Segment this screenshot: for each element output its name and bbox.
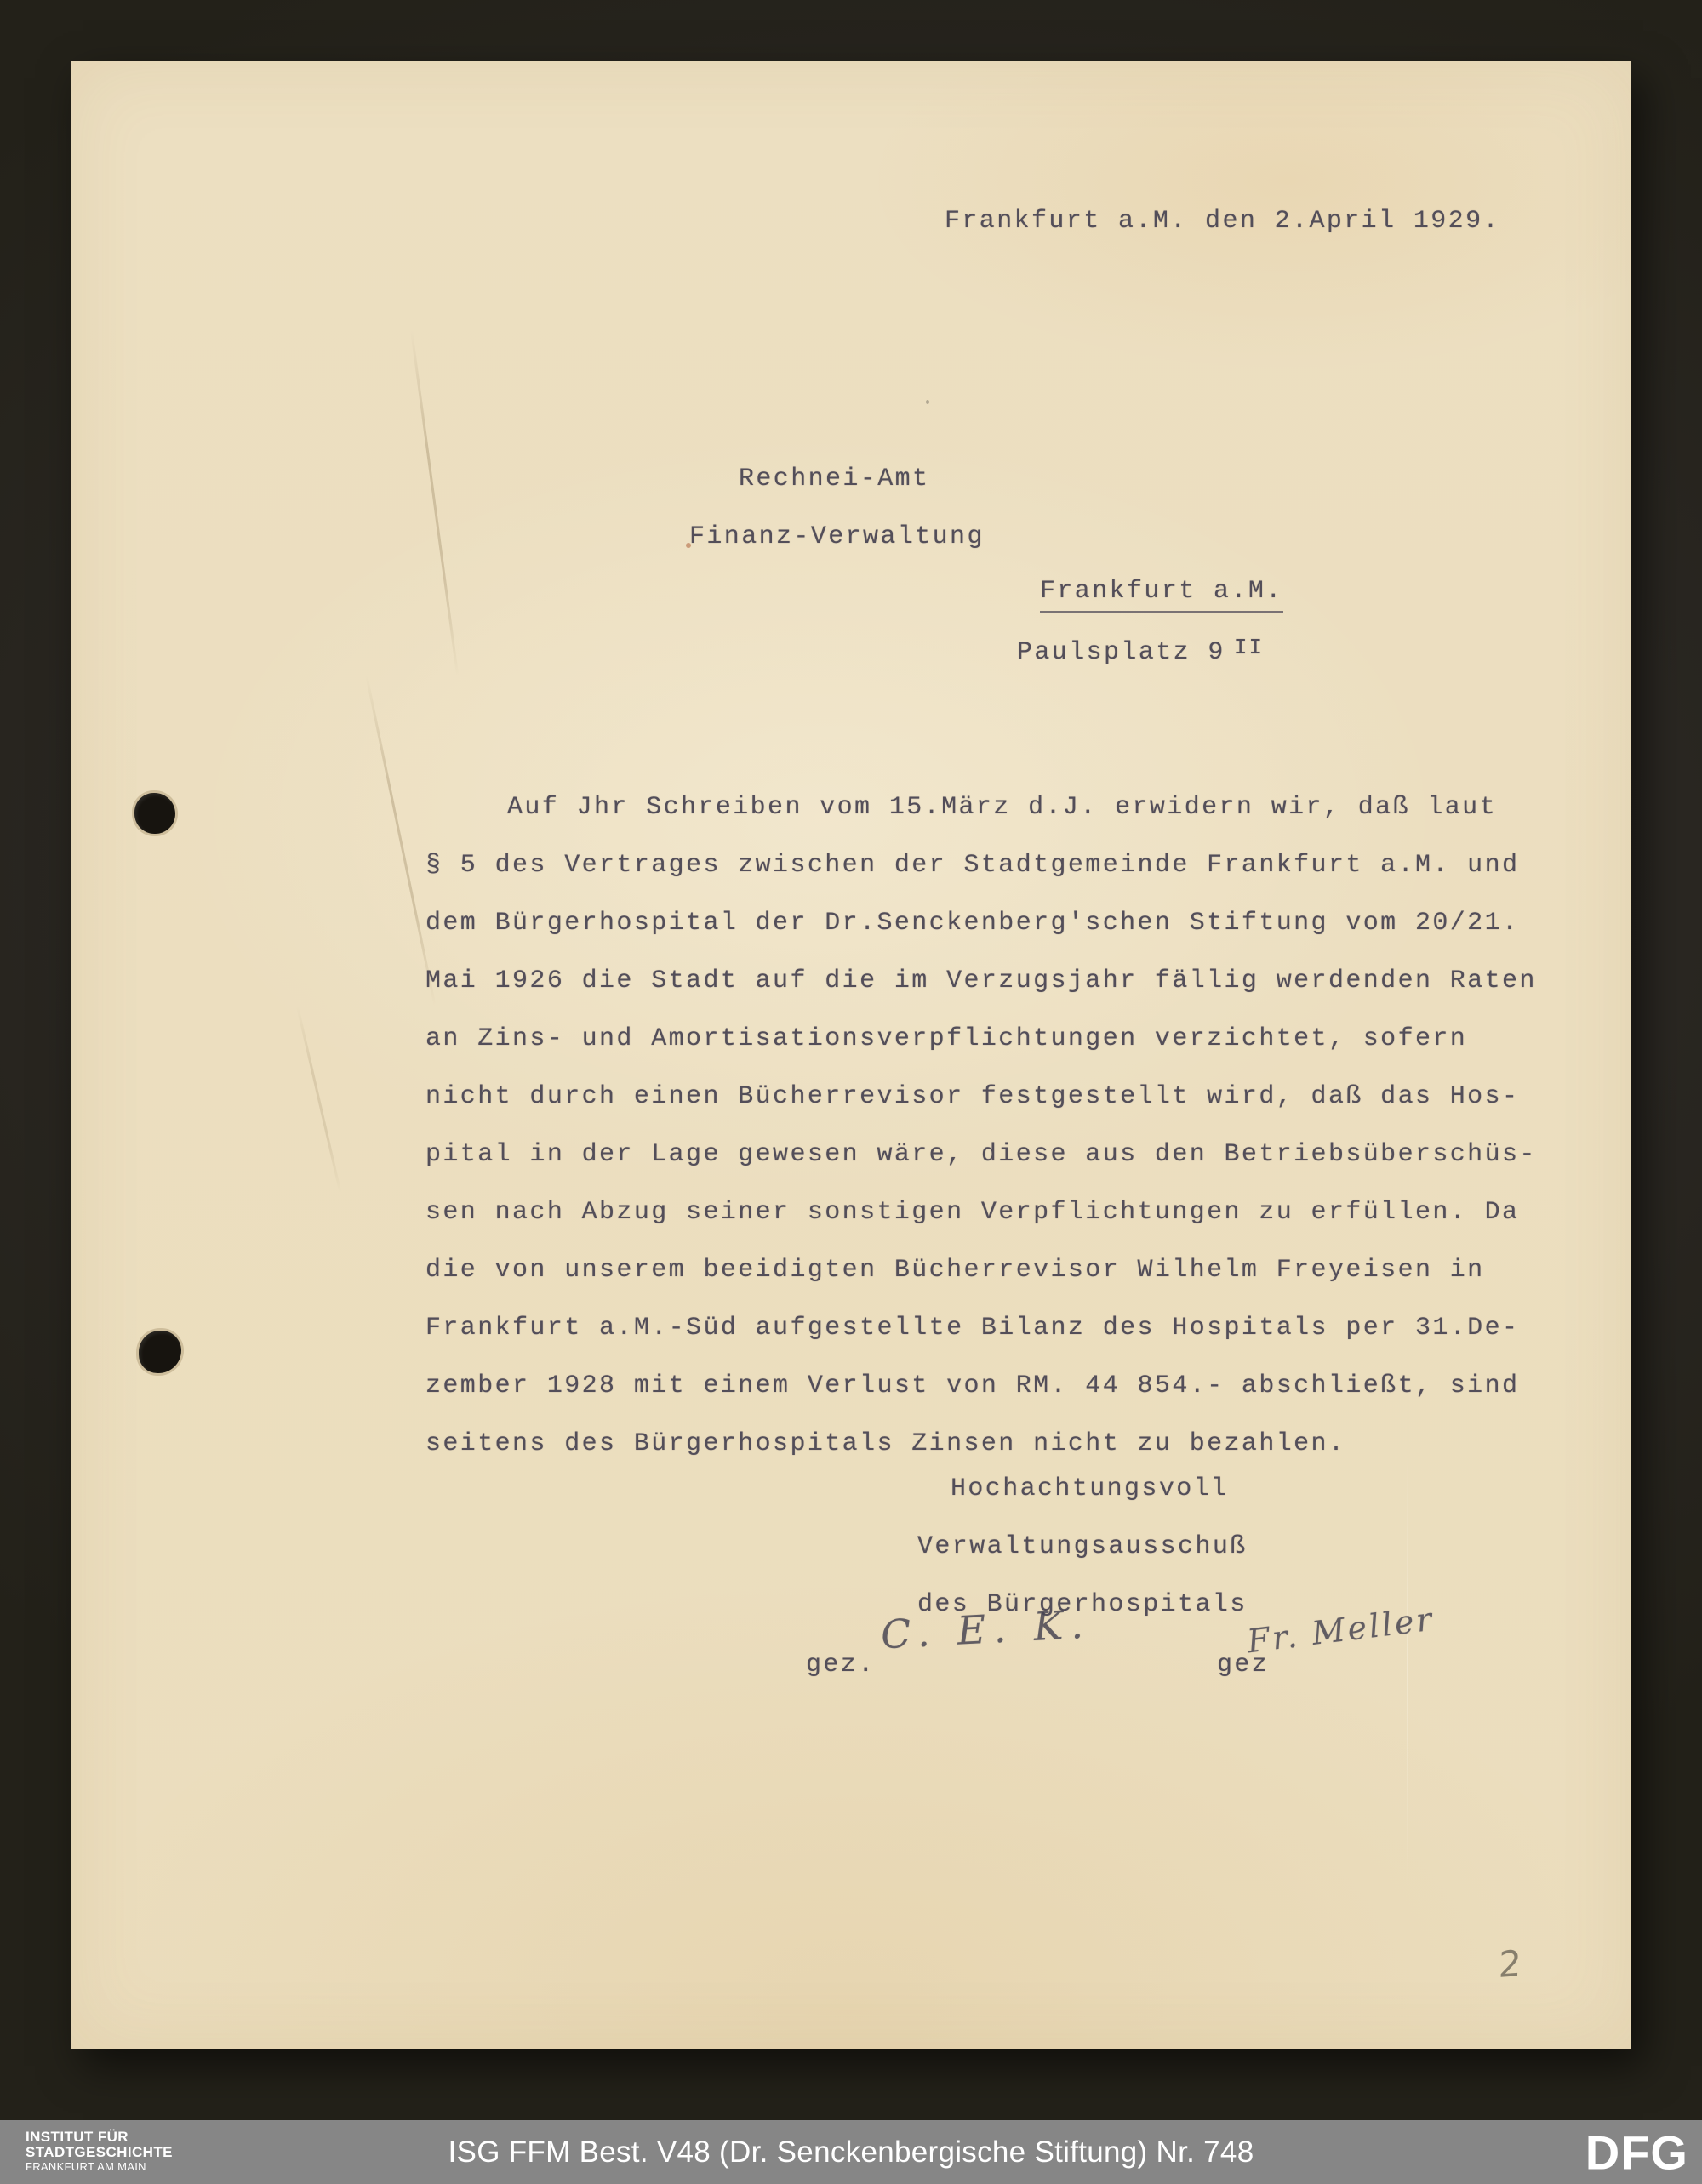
recipient-department: Finanz-Verwaltung: [689, 522, 985, 551]
body-line: sen nach Abzug seiner sonstigen Verpflic…: [425, 1183, 1537, 1241]
institute-line3: FRANKFURT AM MAIN: [26, 2160, 173, 2174]
institute-line1: INSTITUT FÜR: [26, 2130, 173, 2145]
body-line: dem Bürgerhospital der Dr.Senckenberg'sc…: [425, 894, 1537, 952]
closing-committee: Verwaltungsausschuß: [917, 1532, 1248, 1561]
paper-crease: [1407, 1448, 1408, 1890]
body-line: Mai 1926 die Stadt auf die im Verzugsjah…: [425, 952, 1537, 1010]
paper-crease: [296, 1006, 341, 1193]
body-line: nicht durch einen Bücherrevisor festgest…: [425, 1068, 1537, 1126]
body-line: zember 1928 mit einem Verlust von RM. 44…: [425, 1357, 1537, 1415]
body-line: an Zins- und Amortisationsverpflichtunge…: [425, 1010, 1537, 1068]
street-text: Paulsplatz 9: [1017, 638, 1225, 667]
recipient-street: Paulsplatz 9II: [1017, 635, 1264, 667]
date-line: Frankfurt a.M. den 2.April 1929.: [945, 207, 1500, 236]
institute-line2: STADTGESCHICHTE: [26, 2145, 173, 2160]
body-line: Auf Jhr Schreiben vom 15.März d.J. erwid…: [425, 778, 1537, 836]
punch-hole-top: [134, 793, 175, 834]
paper-crease: [410, 330, 459, 676]
pencil-page-number: 2: [1498, 1942, 1522, 1986]
body-line: Frankfurt a.M.-Süd aufgestellte Bilanz d…: [425, 1299, 1537, 1357]
footer-bar: INSTITUT FÜR STADTGESCHICHTE FRANKFURT A…: [0, 2120, 1702, 2184]
letter-page: Frankfurt a.M. den 2.April 1929. Rechnei…: [71, 61, 1631, 2049]
recipient-office: Rechnei-Amt: [739, 465, 929, 493]
body-line: seitens des Bürgerhospitals Zinsen nicht…: [425, 1415, 1537, 1473]
body-line: § 5 des Vertrages zwischen der Stadtgeme…: [425, 836, 1537, 894]
paper-speck: [926, 400, 929, 404]
dfg-logo: DFG: [1585, 2124, 1688, 2180]
floor-superscript: II: [1234, 635, 1264, 660]
body-line: pital in der Lage gewesen wäre, diese au…: [425, 1126, 1537, 1183]
scan-background: Frankfurt a.M. den 2.April 1929. Rechnei…: [0, 0, 1702, 2184]
institute-logo: INSTITUT FÜR STADTGESCHICHTE FRANKFURT A…: [26, 2130, 173, 2174]
body-line: die von unserem beeidigten Bücherrevisor…: [425, 1241, 1537, 1299]
recipient-city: Frankfurt a.M.: [1040, 577, 1283, 613]
archive-reference: ISG FFM Best. V48 (Dr. Senckenbergische …: [448, 2136, 1254, 2170]
closing-salutation: Hochachtungsvoll: [951, 1474, 1228, 1503]
letter-body: Auf Jhr Schreiben vom 15.März d.J. erwid…: [425, 778, 1537, 1473]
signature-prefix-left: gez.: [806, 1651, 876, 1679]
signature-handwritten-left: C. E. K.: [880, 1601, 1092, 1658]
punch-hole-bottom: [139, 1331, 181, 1373]
